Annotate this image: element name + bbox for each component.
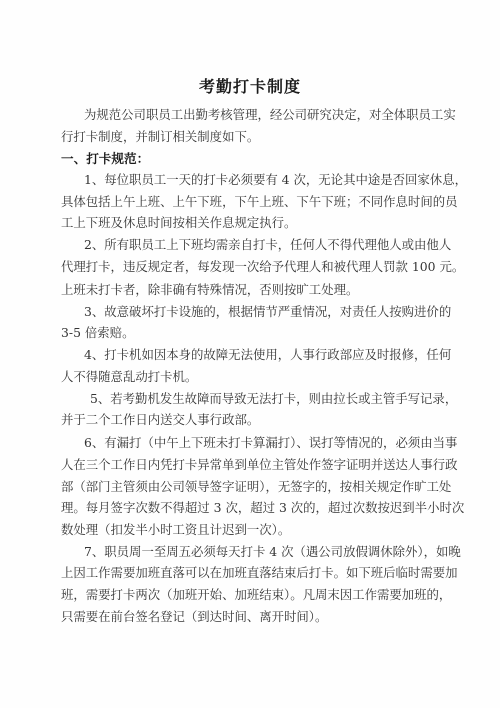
rule-2-line: 代理打卡，违反规定者，每发现一次给予代理人和被代理人罚款 100 元。 — [61, 260, 439, 274]
rule-6-line: 6、有漏打（中午上下班未打卡算漏打）、误打等情况的，必须由当事 — [84, 436, 439, 450]
rule-6-line: 理。每月签字次数不得超过 3 次，超过 3 次的，超过次数按迟到半小时次 — [61, 501, 439, 515]
rule-3-line: 3、故意破坏打卡设施的，根据情节严重情况，对责任人按购进价的 — [84, 305, 439, 319]
rule-7-line: 只需要在前台签名登记（到达时间、离开时间）。 — [61, 610, 439, 624]
rule-7-line: 班，需要打卡两次（加班开始、加班结束）。凡周末因工作需要加班的， — [61, 588, 439, 602]
rule-7-line: 7、职员周一至周五必须每天打卡 4 次（遇公司放假调休除外），如晚 — [84, 545, 439, 559]
rule-4-line: 4、打卡机如因本身的故障无法使用，人事行政部应及时报修，任何 — [84, 348, 439, 362]
section-heading: 一、打卡规范： — [61, 152, 149, 166]
rule-7-line: 上因工作需要加班直落可以在加班直落结束后打卡。如下班后临时需要加 — [61, 566, 439, 580]
intro-line: 为规范公司职员工出勤考核管理，经公司研究决定，对全体职员工实 — [84, 108, 439, 122]
rule-2-line: 上班未打卡者，除非确有特殊情况，否则按旷工处理。 — [61, 283, 439, 297]
rule-1-line: 具体包括上午上班、上午下班，下午上班、下午下班；不同作息时间的员 — [61, 195, 439, 209]
rule-1-line: 1、每位职员工一天的打卡必须要有 4 次，无论其中途是否回家休息， — [84, 173, 439, 187]
rule-5-line: 5、若考勤机发生故障而导致无法打卡，则由拉长或主管手写记录， — [90, 392, 436, 406]
document-page: 考勤打卡制度 为规范公司职员工出勤考核管理，经公司研究决定，对全体职员工实 行打… — [0, 0, 500, 708]
rule-4-line: 人不得随意乱动打卡机。 — [61, 370, 439, 384]
document-title: 考勤打卡制度 — [0, 74, 500, 97]
rule-1-line: 工上下班及休息时间按相关作息规定执行。 — [61, 216, 439, 230]
intro-line: 行打卡制度，并制订相关制度如下。 — [61, 130, 439, 144]
rule-6-line: 人在三个工作日内凭打卡异常单到单位主管处作签字证明并送达人事行政 — [61, 458, 439, 472]
rule-5-line: 并于二个工作日内送交人事行政部。 — [61, 413, 439, 427]
rule-6-line: 数处理（扣发半小时工资且计迟到一次）。 — [61, 523, 439, 537]
rule-3-line: 3-5 倍索赔。 — [61, 326, 439, 340]
rule-2-line: 2、所有职员工上下班均需亲自打卡，任何人不得代理他人或由他人 — [84, 238, 439, 252]
rule-6-line: 部（部门主管须由公司领导签字证明），无签字的，按相关规定作旷工处 — [61, 480, 439, 494]
